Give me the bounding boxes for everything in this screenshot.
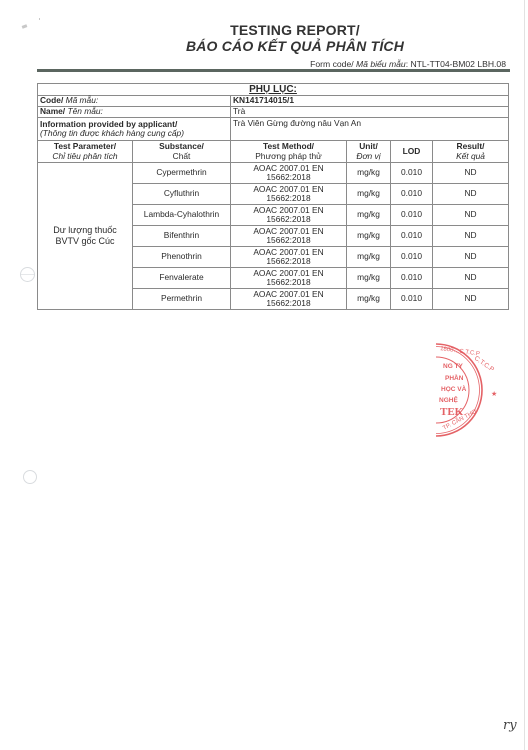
result-cell: ND (433, 268, 509, 289)
signature: ry (503, 718, 517, 733)
header-test-parameter: Test Parameter/Chỉ tiêu phân tích (38, 141, 133, 163)
page-edge (524, 0, 525, 750)
table-row: Dư lượng thuốc BVTV gốc CúcCypermethrinA… (38, 163, 509, 184)
result-cell: ND (433, 226, 509, 247)
stamp-text-line: NG TY (443, 363, 464, 370)
header-rule (37, 69, 510, 72)
lod-cell: 0.010 (391, 226, 433, 247)
code-row: Code/ Mã mẫu: KN141714015/1 (38, 96, 509, 107)
lod-cell: 0.010 (391, 163, 433, 184)
result-cell: ND (433, 247, 509, 268)
report-title: TESTING REPORT/ (190, 22, 400, 38)
result-cell: ND (433, 289, 509, 310)
code-label: Code/ Mã mẫu: (38, 96, 231, 107)
substance-cell: Bifenthrin (133, 226, 231, 247)
lod-cell: 0.010 (391, 289, 433, 310)
report-title-vi: BÁO CÁO KẾT QUẢ PHÂN TÍCH (160, 38, 430, 54)
unit-cell: mg/kg (347, 184, 391, 205)
result-cell: ND (433, 184, 509, 205)
substance-cell: Cyfluthrin (133, 184, 231, 205)
stamp-text-line: NGHỆ (439, 395, 458, 404)
unit-cell: mg/kg (347, 289, 391, 310)
header-result: Result/Kết quả (433, 141, 509, 163)
company-seal-stamp: 1800…C.T.C.P C.T.C.P ★ TP. CẦN THƠ NG TY… (414, 340, 514, 440)
form-code-label-vi: Mã biểu mẫu (356, 59, 406, 69)
unit-cell: mg/kg (347, 268, 391, 289)
info-label: Information provided by applicant/(Thông… (38, 118, 231, 141)
substance-cell: Fenvalerate (133, 268, 231, 289)
scan-speck (22, 24, 28, 29)
info-row: Information provided by applicant/(Thông… (38, 118, 509, 141)
stamp-ctcp: C.T.C.P (473, 355, 495, 374)
method-cell: AOAC 2007.01 EN15662:2018 (231, 247, 347, 268)
name-row: Name/ Tên mẫu: Trà (38, 107, 509, 118)
unit-cell: mg/kg (347, 226, 391, 247)
punch-hole-mark (20, 267, 35, 282)
lod-cell: 0.010 (391, 268, 433, 289)
method-cell: AOAC 2007.01 EN15662:2018 (231, 184, 347, 205)
substance-cell: Cypermethrin (133, 163, 231, 184)
scan-speck (39, 18, 40, 20)
name-value: Trà (231, 107, 509, 118)
header-test-method: Test Method/Phương pháp thử (231, 141, 347, 163)
stamp-text-line: TEK (440, 406, 464, 418)
method-cell: AOAC 2007.01 EN15662:2018 (231, 163, 347, 184)
lod-cell: 0.010 (391, 247, 433, 268)
substance-cell: Permethrin (133, 289, 231, 310)
substance-cell: Phenothrin (133, 247, 231, 268)
substance-cell: Lambda-Cyhalothrin (133, 205, 231, 226)
method-cell: AOAC 2007.01 EN15662:2018 (231, 205, 347, 226)
unit-cell: mg/kg (347, 205, 391, 226)
results-table: PHỤ LỤC: Code/ Mã mẫu: KN141714015/1 Nam… (37, 83, 509, 310)
form-code: Form code/ Mã biểu mẫu: NTL-TT04-BM02 LB… (310, 59, 506, 69)
header-substance: Substance/Chất (133, 141, 231, 163)
test-parameter-cell: Dư lượng thuốc BVTV gốc Cúc (38, 163, 133, 310)
form-code-value: : NTL-TT04-BM02 LBH.08 (406, 59, 506, 69)
unit-cell: mg/kg (347, 163, 391, 184)
lod-cell: 0.010 (391, 184, 433, 205)
result-cell: ND (433, 205, 509, 226)
header-lod: LOD (391, 141, 433, 163)
appendix-title-row: PHỤ LỤC: (38, 84, 509, 96)
table-header-row: Test Parameter/Chỉ tiêu phân tích Substa… (38, 141, 509, 163)
punch-hole-mark (23, 470, 37, 484)
info-value: Trà Viên Gừng đường nâu Vạn An (231, 118, 509, 141)
stamp-text-line: HỌC VÀ (441, 384, 467, 393)
name-label: Name/ Tên mẫu: (38, 107, 231, 118)
result-cell: ND (433, 163, 509, 184)
header-unit: Unit/Đơn vị (347, 141, 391, 163)
code-value: KN141714015/1 (231, 96, 509, 107)
method-cell: AOAC 2007.01 EN15662:2018 (231, 226, 347, 247)
form-code-label-en: Form code/ (310, 59, 353, 69)
method-cell: AOAC 2007.01 EN15662:2018 (231, 289, 347, 310)
lod-cell: 0.010 (391, 205, 433, 226)
unit-cell: mg/kg (347, 247, 391, 268)
appendix-title: PHỤ LỤC: (38, 84, 509, 96)
stamp-star: ★ (491, 390, 497, 398)
method-cell: AOAC 2007.01 EN15662:2018 (231, 268, 347, 289)
svg-text:1800…C.T.C.P: 1800…C.T.C.P (440, 346, 480, 358)
stamp-text-line: PHẦN (445, 372, 464, 382)
